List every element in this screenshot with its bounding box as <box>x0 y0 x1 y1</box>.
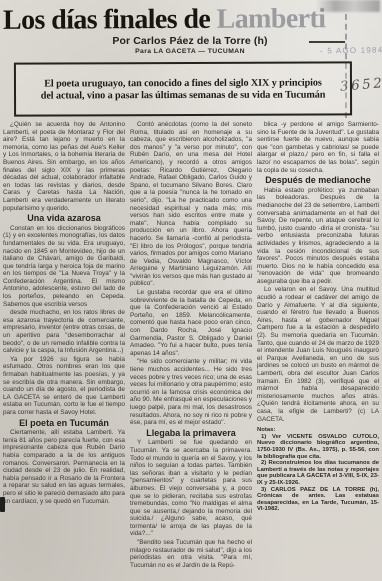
paragraph: Lo velaron en el Savoy. Una multitud acu… <box>257 286 379 423</box>
paragraph: desde muchacho, en los ratos libres de e… <box>3 309 125 355</box>
scan-edge-smudge <box>316 0 380 12</box>
subhead-llegaba-la-primavera: Llegaba la primavera <box>130 430 252 438</box>
paragraph: blica -y perdone el amigo Sarmiento- sin… <box>257 121 379 174</box>
column-2: Contó anécdotas (como la del soneto Roma… <box>130 121 252 579</box>
lede-box: El poeta uruguayo, tan conocido a fines … <box>14 61 352 116</box>
paragraph: Ciertamente, allí estaba Lamberti. Ya te… <box>3 429 125 505</box>
footnote-3: 3) CARLOS PAEZ DE LA TORRE (h), Crónicas… <box>257 487 379 513</box>
paragraph: "He sido comerciante y militar; mi vida … <box>130 358 252 426</box>
subhead-el-poeta-en-tucuman: El poeta en Tucumán <box>3 420 125 428</box>
archive-date-stamp: - 5 AGO 1984 <box>320 45 382 55</box>
column-1: ¿Quién se acuerda hoy de Antonino Lamber… <box>3 121 125 579</box>
footnotes: Notas: 1) Ver VICENTE OSVALDO CUTOLO, Nu… <box>257 427 379 513</box>
paragraph: Ya por 1926 su figura se había esfumado.… <box>3 356 125 417</box>
footnote-1: 1) Ver VICENTE OSVALDO CUTOLO, Nuevo dic… <box>257 434 379 460</box>
subhead-despues-de-medianoche: Después de medianoche <box>257 177 379 185</box>
article-body: ¿Quién se acuerda hoy de Antonino Lamber… <box>3 121 380 579</box>
newspaper-clipping-scan: Los días finales de Lamberti Por Carlos … <box>0 0 382 581</box>
column-3: blica -y perdone el amigo Sarmiento- sin… <box>257 121 379 579</box>
paragraph: Constan en los diccionarios biográficos … <box>3 225 125 309</box>
headline-main: Los días finales de <box>3 4 217 36</box>
headline-faded-part: Lamberti <box>217 3 326 35</box>
paragraph: Contó anécdotas (como la del soneto Roma… <box>130 121 252 288</box>
article-headline: Los días finales de Lamberti <box>3 3 326 37</box>
paragraph: Había estado profético: ya zumbaban las … <box>257 187 379 286</box>
byline-author: Por Carlos Páez de la Torre (h) <box>60 35 320 47</box>
lede-line-1: El poeta uruguayo, tan conocido a fines … <box>44 77 322 89</box>
subhead-una-vida-azarosa: Una vida azarosa <box>3 215 125 223</box>
byline-publication: Para LA GACETA — TUCUMAN <box>60 48 320 55</box>
scan-edge-mark <box>0 497 5 512</box>
paragraph: Le gustaba recordar que era el último so… <box>130 289 252 357</box>
byline-dash-rule <box>309 41 345 43</box>
lede-line-2: del actual, vino a pasar las últimas sem… <box>41 89 326 101</box>
footnotes-heading: Notas: <box>257 427 379 434</box>
footnote-2: 2) Reconstruimos los días tucumanos de L… <box>257 460 379 486</box>
paragraph: "Bendito sea Tucumán que ha hecho el mil… <box>130 539 252 569</box>
paragraph: Y Lamberti se fue quedando en Tucumán. Y… <box>130 439 252 538</box>
paragraph: ¿Quién se acuerda hoy de Antonino Lamber… <box>3 121 125 212</box>
